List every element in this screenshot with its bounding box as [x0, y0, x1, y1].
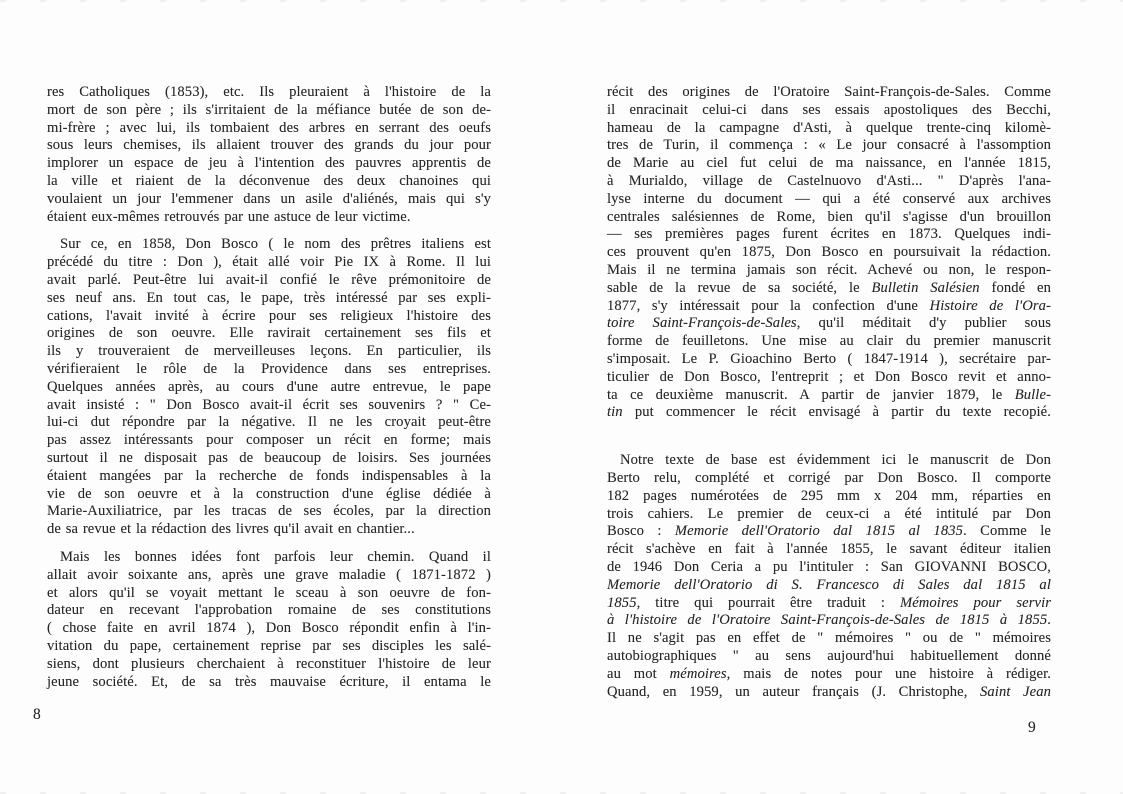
- text-line: Il ne s'agit pas en effet de " mémoires …: [607, 630, 1051, 648]
- text-line: récit des origines de l'Oratoire Saint-F…: [607, 84, 1051, 102]
- text-line: ta ce deuxième manuscrit. A partir de ja…: [607, 387, 1051, 405]
- text-line: sous leurs chemises, ils allaient trouve…: [47, 137, 491, 155]
- text-line: ( chose faite en avril 1874 ), Don Bosco…: [47, 620, 491, 638]
- paragraph: Mais les bonnes idées font parfois leur …: [47, 549, 491, 691]
- text-line: récit s'achève en fait à l'année 1855, l…: [607, 541, 1051, 559]
- text-line: trois cahiers. Le premier de ceux-ci a é…: [607, 506, 1051, 524]
- text-line: 1855, titre qui pourrait être traduit : …: [607, 595, 1051, 613]
- text-line: Sur ce, en 1858, Don Bosco ( le nom des …: [47, 236, 491, 254]
- text-line: Mais il ne termina jamais son récit. Ach…: [607, 262, 1051, 280]
- text-line: — ses premières pages furent écrites en …: [607, 226, 1051, 244]
- text-line: 1877, s'y intéressait pour la confection…: [607, 298, 1051, 316]
- text-line: lyse interne du document — qui a été con…: [607, 191, 1051, 209]
- text-line: s'imposait. Le P. Gioachino Berto ( 1847…: [607, 351, 1051, 369]
- text-line: ces prouvent qu'en 1875, Don Bosco en po…: [607, 244, 1051, 262]
- text-line: précédé du titre : Don ), était allé voi…: [47, 254, 491, 272]
- text-line: avait parlé. Peut-être lui avait-il conf…: [47, 272, 491, 290]
- text-line: il enracinait celui-ci dans ses essais a…: [607, 102, 1051, 120]
- text-line: à l'histoire de l'Oratoire Saint-Françoi…: [607, 612, 1051, 630]
- text-line: voulaient un jour l'emmener dans un asil…: [47, 191, 491, 209]
- text-line: étaient eux-mêmes retrouvés par une astu…: [47, 209, 491, 227]
- page-number-right: 9: [1028, 719, 1036, 737]
- text-line: surtout il ne disposait pas de beaucoup …: [47, 450, 491, 468]
- text-line: forme de feuilletons. Une mise au clair …: [607, 333, 1051, 351]
- text-line: cations, l'avait invité à écrire pour se…: [47, 308, 491, 326]
- text-line: lui-ci dut répondre par la négative. Il …: [47, 414, 491, 432]
- text-line: Notre texte de base est évidemment ici l…: [607, 452, 1051, 470]
- paragraph: res Catholiques (1853), etc. Ils pleurai…: [47, 84, 491, 226]
- text-line: la ville et riaient de la déconvenue des…: [47, 173, 491, 191]
- text-line: Mais les bonnes idées font parfois leur …: [47, 549, 491, 567]
- text-line: res Catholiques (1853), etc. Ils pleurai…: [47, 84, 491, 102]
- page-number-left: 8: [33, 706, 41, 724]
- text-line: Bosco : Memorie dell'Oratorio dal 1815 a…: [607, 523, 1051, 541]
- text-line: mi-frère ; avec lui, ils tombaient des a…: [47, 120, 491, 138]
- text-line: toire Saint-François-de-Sales, qu'il méd…: [607, 315, 1051, 333]
- text-line: et alors qu'il se voyait mettant le scea…: [47, 585, 491, 603]
- text-line: mort de son père ; ils s'irritaient de l…: [47, 102, 491, 120]
- text-line: dateur en recevant l'approbation romaine…: [47, 602, 491, 620]
- page-left-text-block: res Catholiques (1853), etc. Ils pleurai…: [47, 84, 491, 691]
- text-line: au mot mémoires, mais de notes pour une …: [607, 666, 1051, 684]
- text-line: ticulier de Don Bosco, l'entreprit ; et …: [607, 369, 1051, 387]
- text-line: ils y trouveraient de merveilleuses leço…: [47, 343, 491, 361]
- text-line: jeune société. Et, de sa très mauvaise é…: [47, 674, 491, 692]
- page-right-text-block: récit des origines de l'Oratoire Saint-F…: [607, 84, 1051, 701]
- text-line: vérifieraient le rôle de la Providence d…: [47, 361, 491, 379]
- text-line: origines de son oeuvre. Elle ravirait ce…: [47, 325, 491, 343]
- text-line: autobiographiques " au sens aujourd'hui …: [607, 648, 1051, 666]
- text-line: Memorie dell'Oratorio di S. Francesco di…: [607, 577, 1051, 595]
- book-scan-spread: res Catholiques (1853), etc. Ils pleurai…: [0, 0, 1123, 794]
- text-line: Quand, en 1959, un auteur français (J. C…: [607, 684, 1051, 702]
- text-line: siens, dont plusieurs cherchaient à reco…: [47, 656, 491, 674]
- text-line: sable de la revue de sa société, le Bull…: [607, 280, 1051, 298]
- text-line: 182 pages numérotées de 295 mm x 204 mm,…: [607, 488, 1051, 506]
- text-line: de sa revue et la rédaction des livres q…: [47, 521, 491, 539]
- text-line: tres de Turin, il commença : « Le jour c…: [607, 137, 1051, 155]
- text-line: implorer un espace de jeu à l'intention …: [47, 155, 491, 173]
- paragraph: récit des origines de l'Oratoire Saint-F…: [607, 84, 1051, 422]
- paragraph: Sur ce, en 1858, Don Bosco ( le nom des …: [47, 236, 491, 539]
- text-line: pas assez intéressants pour composer un …: [47, 432, 491, 450]
- text-line: tin put commencer le récit envisagé à pa…: [607, 404, 1051, 422]
- text-line: centrales salésiennes de Rome, bien qu'i…: [607, 209, 1051, 227]
- text-line: hameau de la campagne d'Asti, à quelque …: [607, 120, 1051, 138]
- text-line: avait insisté : " Don Bosco avait-il écr…: [47, 397, 491, 415]
- text-line: à Murialdo, village de Castelnuovo d'Ast…: [607, 173, 1051, 191]
- text-line: ses neuf ans. En tout cas, le pape, très…: [47, 290, 491, 308]
- text-line: allait avoir soixante ans, après une gra…: [47, 567, 491, 585]
- paragraph: Notre texte de base est évidemment ici l…: [607, 452, 1051, 701]
- text-line: étaient mangées par la recherche de fond…: [47, 468, 491, 486]
- text-line: de Marie au ciel fut celui de ma naissan…: [607, 155, 1051, 173]
- text-line: vitation du pape, certainement reprise p…: [47, 638, 491, 656]
- scan-edge-artifact-top: [0, 0, 1123, 2]
- text-line: vie de son oeuvre et à la construction d…: [47, 486, 491, 504]
- text-line: Marie-Auxiliatrice, par les tracas de se…: [47, 503, 491, 521]
- text-line: de 1946 Don Ceria a pu l'intituler : San…: [607, 559, 1051, 577]
- text-line: Quelques années après, au cours d'une au…: [47, 379, 491, 397]
- text-line: Berto relu, complété et corrigé par Don …: [607, 470, 1051, 488]
